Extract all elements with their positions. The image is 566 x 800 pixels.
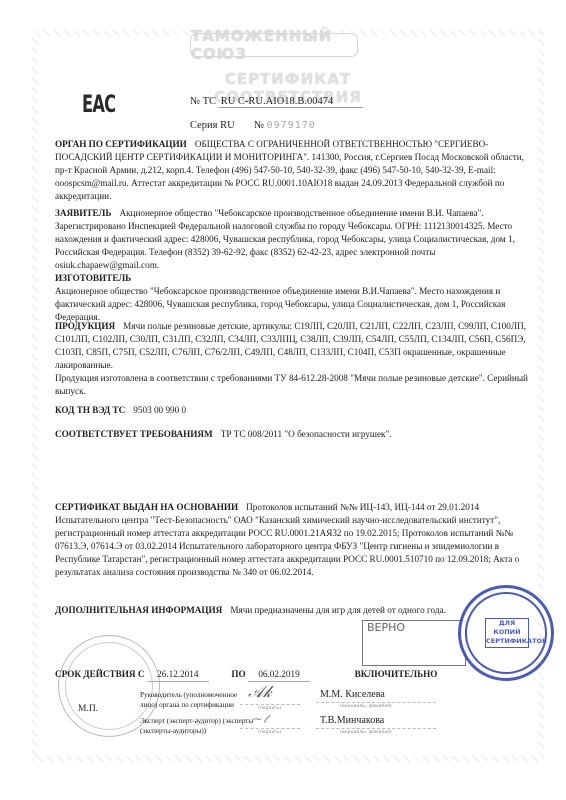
validity-section: СРОК ДЕЙСТВИЯ С 26.12.2014 ПО 06.02.2019… [55, 668, 533, 682]
certificate-series: Серия RU № 0979170 [190, 120, 316, 131]
certificate-number-value: RU C-RU.AIO18.B.00474 [219, 96, 364, 108]
certification-body-section: ОРГАН ПО СЕРТИФИКАЦИИОБЩЕСТВА С ОГРАНИЧЕ… [55, 138, 533, 203]
valid-to: 06.02.2019 [248, 668, 310, 682]
product-section: ПРОДУКЦИЯМячи полые резиновые детские, а… [55, 320, 533, 398]
expert-role: Эксперт (эксперт-аудитор) (эксперты (экс… [140, 716, 260, 736]
tn-ved-code: 9503 00 990 0 [133, 405, 186, 415]
head-name: М.М. Киселева [320, 689, 385, 700]
expert-signature-icon: ~𝓉 [252, 712, 267, 727]
customs-union-banner: ТАМОЖЕННЫЙ СОЮЗ [190, 33, 358, 57]
eac-mark-icon: ЕАС [82, 90, 115, 118]
manufacturer-section: ИЗГОТОВИТЕЛЬ Акционерное общество "Чебок… [55, 272, 533, 324]
blank-number: 0979170 [267, 120, 316, 131]
valid-from: 26.12.2014 [147, 668, 209, 682]
certified-copy-stamp: ВЕРНО [362, 620, 466, 666]
stamp-place-label: М.П. [78, 704, 98, 714]
head-role: Руководитель (уполномоченное лицо) орган… [140, 690, 240, 710]
certificate-page: ТАМОЖЕННЫЙ СОЮЗ СЕРТИФИКАТ СООТВЕТСТВИЯ … [0, 0, 566, 800]
expert-name: Т.В.Минчакова [320, 715, 384, 726]
basis-section: СЕРТИФИКАТ ВЫДАН НА ОСНОВАНИИПротоколов … [55, 501, 533, 579]
tn-ved-section: КОД ТН ВЭД ТС9503 00 990 0 [55, 404, 533, 417]
company-round-stamp-icon: ДЛЯ КОПИЙ СЕРТИФИКАТОВ [458, 585, 554, 681]
head-signature-icon: 𝒜𝓀 [248, 682, 272, 702]
certificate-number: № ТС RU C-RU.AIO18.B.00474 [190, 96, 363, 107]
applicant-section: ЗАЯВИТЕЛЬАкционерное общество "Чебоксарс… [55, 207, 533, 272]
conforms-section: СООТВЕТСТВУЕТ ТРЕБОВАНИЯМТР ТС 008/2011 … [55, 428, 533, 441]
copy-stamp-label: ДЛЯ КОПИЙ СЕРТИФИКАТОВ [485, 618, 529, 648]
